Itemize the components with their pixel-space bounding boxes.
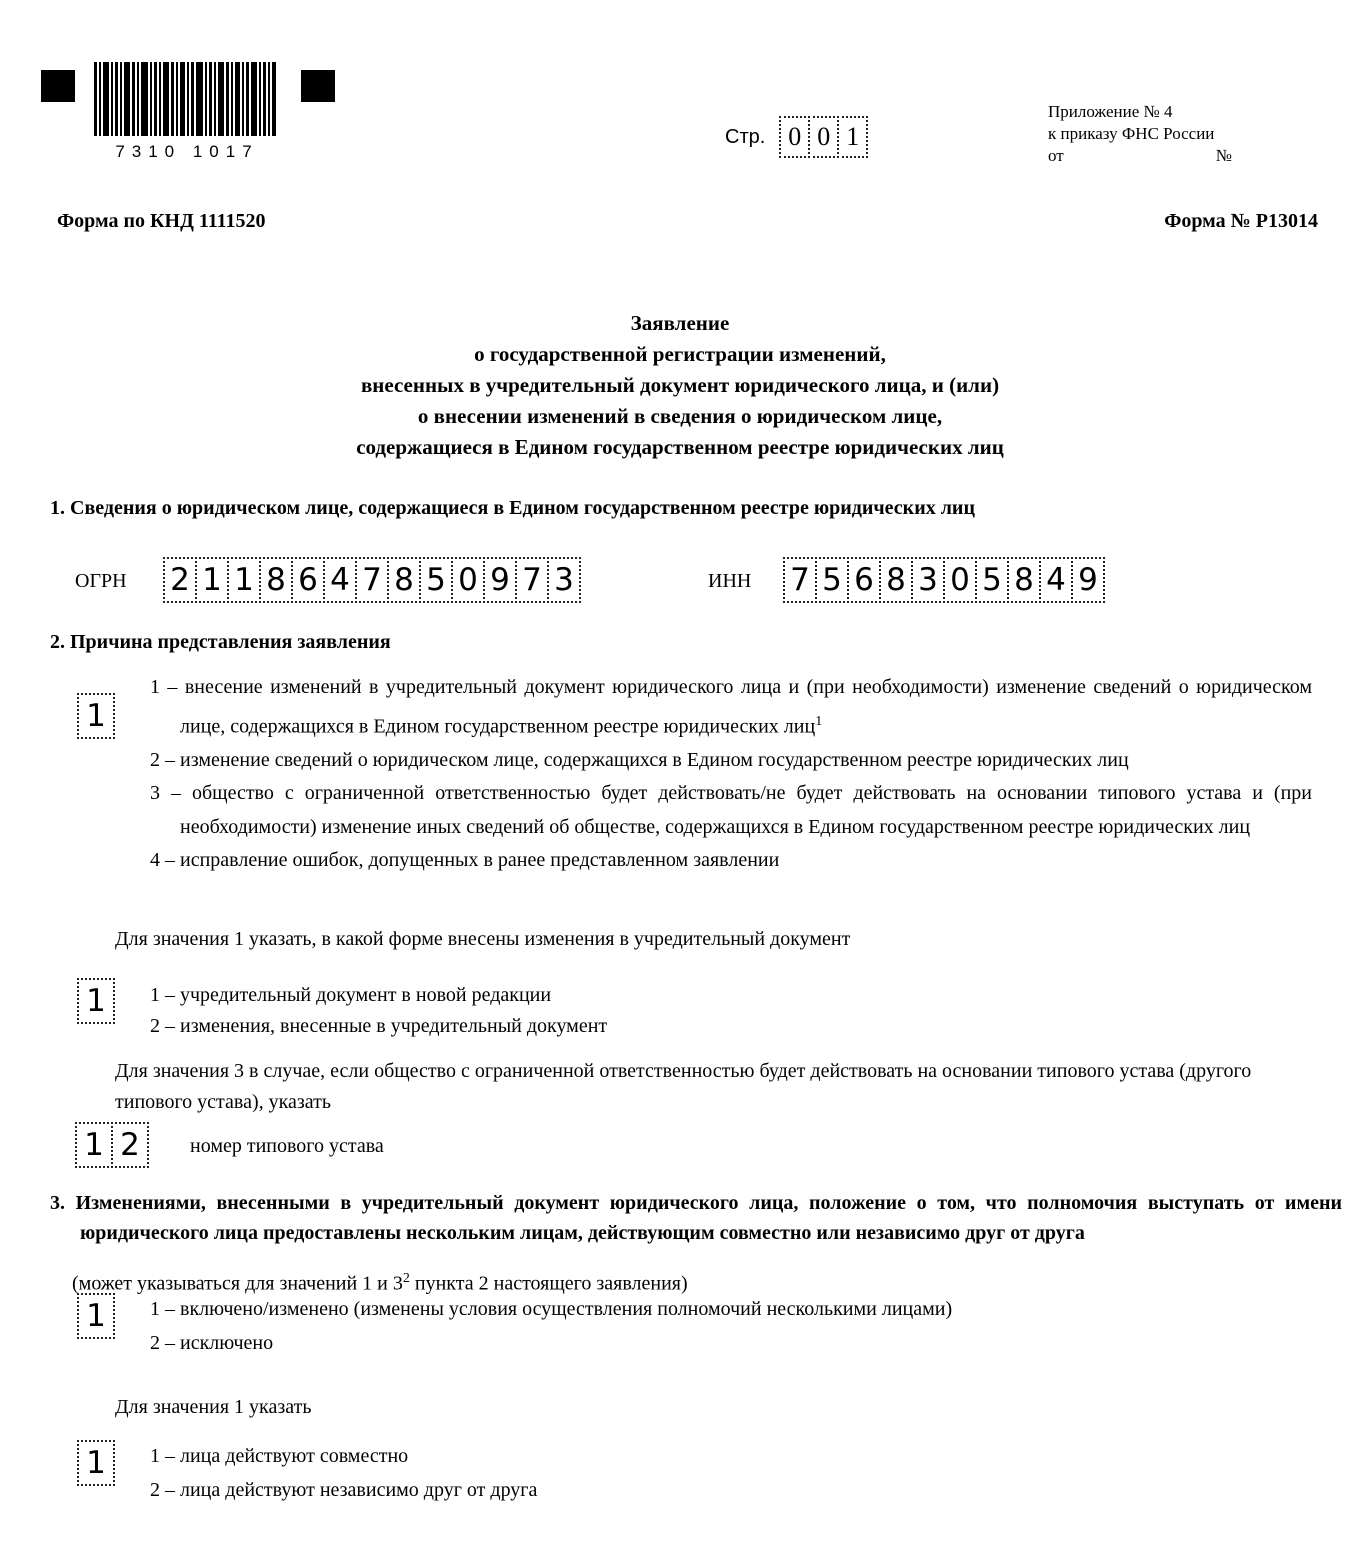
reason-options: 1 – внесение изменений в учредительный д… [150,671,1312,878]
page-number-block: Стр. 001 [725,116,868,158]
ogrn-input[interactable]: 2118647850973 [163,557,581,603]
reason-option-4: 4 – исправление ошибок, допущенных в ран… [150,844,1312,878]
digit-cell[interactable]: 6 [847,557,881,603]
digit-cell[interactable]: 1 [75,1122,113,1168]
charter-number-input[interactable]: 12 [75,1122,149,1168]
title-line1: Заявление [0,308,1360,339]
footnote-mark-1: 1 [815,714,822,729]
reason-option-1: 1 – внесение изменений в учредительный д… [150,671,1312,744]
barcode-corner-left [41,70,75,102]
appendix-number-label: № [1216,145,1232,167]
document-title: Заявление о государственной регистрации … [0,308,1360,463]
inn-input[interactable]: 7568305849 [783,557,1105,603]
digit-cell[interactable]: 8 [1007,557,1041,603]
digit-cell[interactable]: 5 [975,557,1009,603]
digit-cell[interactable]: 6 [291,557,325,603]
digit-cell: 1 [837,116,868,158]
appendix-note: Приложение № 4 к приказу ФНС России от № [1048,101,1232,167]
barcode: 7310 1017 [94,62,280,162]
digit-cell[interactable]: 4 [1039,557,1073,603]
charter-note: Для значения 3 в случае, если общество с… [115,1056,1312,1118]
reason-option-2: 2 – изменение сведений о юридическом лиц… [150,744,1312,778]
page-number-label: Стр. [725,126,765,149]
digit-cell[interactable]: 9 [1071,557,1105,603]
digit-cell[interactable]: 5 [419,557,453,603]
form-option-1: 1 – учредительный документ в новой редак… [150,980,1312,1011]
digit-cell[interactable]: 3 [911,557,945,603]
form-of-changes-options: 1 – учредительный документ в новой редак… [150,980,1312,1042]
form-knd-code: Форма по КНД 1111520 [57,210,266,233]
digit-cell[interactable]: 7 [783,557,817,603]
form-option-2: 2 – изменения, внесенные в учредительный… [150,1011,1312,1042]
status-option-1: 1 – включено/изменено (изменены условия … [150,1292,1312,1326]
digit-cell[interactable]: 1 [77,1293,115,1339]
section1-heading: 1. Сведения о юридическом лице, содержащ… [50,497,975,520]
digit-cell[interactable]: 5 [815,557,849,603]
manner-note: Для значения 1 указать [115,1396,311,1419]
joint-powers-status-input[interactable]: 1 [77,1293,115,1339]
inn-label: ИНН [708,570,751,593]
digit-cell[interactable]: 8 [387,557,421,603]
digit-cell[interactable]: 7 [515,557,549,603]
charter-number-label: номер типового устава [190,1135,384,1158]
form-of-changes-input[interactable]: 1 [77,978,115,1024]
reason-option-3: 3 – общество с ограниченной ответственно… [150,777,1312,844]
title-line5: содержащиеся в Едином государственном ре… [0,432,1360,463]
form-number-code: Форма № Р13014 [1164,210,1318,233]
footnote-mark-2: 2 [403,1271,410,1286]
barcode-icon [94,62,280,136]
page-number-cells: 001 [779,116,868,158]
digit-cell[interactable]: 0 [943,557,977,603]
title-line3: внесенных в учредительный документ юриди… [0,370,1360,401]
section2-heading: 2. Причина представления заявления [50,631,391,654]
digit-cell[interactable]: 2 [163,557,197,603]
digit-cell: 0 [808,116,839,158]
digit-cell[interactable]: 2 [111,1122,149,1168]
digit-cell: 0 [779,116,810,158]
section3-heading: 3. Изменениями, внесенными в учредительн… [50,1188,1342,1248]
digit-cell[interactable]: 8 [259,557,293,603]
manner-input[interactable]: 1 [77,1440,115,1486]
barcode-corner-right [301,70,335,102]
digit-cell[interactable]: 1 [227,557,261,603]
title-line4: о внесении изменений в сведения о юридич… [0,401,1360,432]
appendix-line3: от № [1048,145,1232,167]
appendix-line1: Приложение № 4 [1048,101,1232,123]
digit-cell[interactable]: 1 [77,978,115,1024]
joint-powers-status-options: 1 – включено/изменено (изменены условия … [150,1292,1312,1360]
digit-cell[interactable]: 9 [483,557,517,603]
manner-options: 1 – лица действуют совместно 2 – лица де… [150,1439,1312,1507]
digit-cell[interactable]: 3 [547,557,581,603]
digit-cell[interactable]: 8 [879,557,913,603]
form-page: 7310 1017 Стр. 001 Приложение № 4 к прик… [0,0,1360,1551]
digit-cell[interactable]: 4 [323,557,357,603]
digit-cell[interactable]: 1 [77,693,115,739]
manner-option-1: 1 – лица действуют совместно [150,1439,1312,1473]
digit-cell[interactable]: 0 [451,557,485,603]
form-of-changes-note: Для значения 1 указать, в какой форме вн… [115,928,850,951]
ogrn-label: ОГРН [75,570,127,593]
manner-option-2: 2 – лица действуют независимо друг от др… [150,1473,1312,1507]
digit-cell[interactable]: 1 [195,557,229,603]
barcode-digits: 7310 1017 [94,142,280,162]
digit-cell[interactable]: 7 [355,557,389,603]
appendix-from-label: от [1048,145,1064,167]
title-line2: о государственной регистрации изменений, [0,339,1360,370]
reason-code-input[interactable]: 1 [77,693,115,739]
appendix-line2: к приказу ФНС России [1048,123,1232,145]
status-option-2: 2 – исключено [150,1326,1312,1360]
digit-cell[interactable]: 1 [77,1440,115,1486]
